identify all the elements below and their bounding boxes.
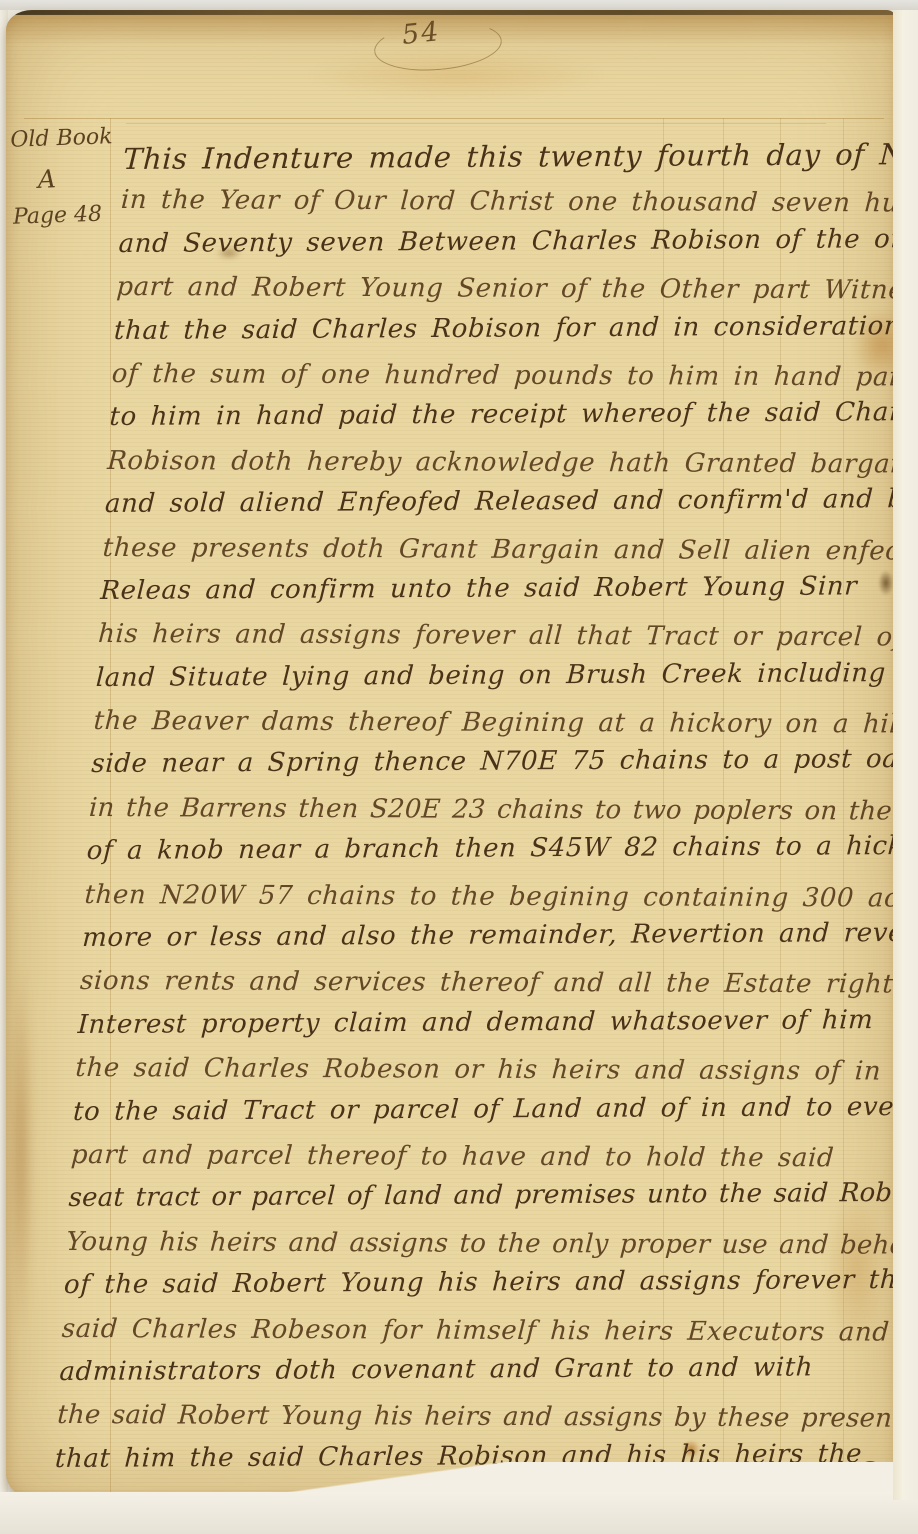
- scan-top-strip: [0, 0, 918, 10]
- foxing-stain: [8, 960, 34, 1340]
- manuscript-line: to him in hand paid the receipt whereof …: [108, 398, 886, 446]
- page-number: 54: [400, 16, 441, 51]
- manuscript-body: This Indenture made this twenty fourth d…: [54, 142, 896, 1487]
- manuscript-line: of a knob near a branch then S45W 82 cha…: [85, 832, 863, 880]
- scan-bottom-strip: [0, 1492, 918, 1534]
- margin-note: Old Book A Page 48: [10, 126, 114, 244]
- manuscript-page: 54 Old Book A Page 48 This Indenture mad…: [6, 10, 896, 1500]
- margin-note-letter: A: [37, 164, 112, 192]
- manuscript-line: administrators doth covenant and Grant t…: [58, 1352, 836, 1400]
- foxing-stain: [878, 570, 894, 596]
- margin-note-page: Page 48: [13, 203, 114, 228]
- manuscript-line: This Indenture made this twenty fourth d…: [122, 137, 896, 185]
- manuscript-line: Releas and confirm unto the said Robert …: [99, 571, 877, 619]
- manuscript-line: side near a Spring thence N70E 75 chains…: [90, 745, 868, 793]
- manuscript-line: land Situate lying and being on Brush Cr…: [95, 658, 873, 706]
- margin-note-book: Old Book: [10, 126, 111, 151]
- manuscript-line: seat tract or parcel of land and premise…: [67, 1179, 845, 1227]
- manuscript-line: of the said Robert Young his heirs and a…: [63, 1265, 841, 1313]
- manuscript-line: and sold aliend Enfeofed Released and co…: [104, 484, 882, 532]
- ruled-line-horizontal: [126, 123, 826, 124]
- manuscript-line: that the said Charles Robison for and in…: [113, 311, 891, 359]
- manuscript-line: more or less and also the remainder, Rev…: [81, 918, 859, 966]
- manuscript-line: Interest property claim and demand whats…: [76, 1005, 854, 1053]
- manuscript-line: to the said Tract or parcel of Land and …: [72, 1092, 850, 1140]
- ruled-line-horizontal: [24, 118, 884, 119]
- scan-right-strip: [893, 10, 918, 1500]
- manuscript-line: and Seventy seven Between Charles Robiso…: [117, 224, 895, 272]
